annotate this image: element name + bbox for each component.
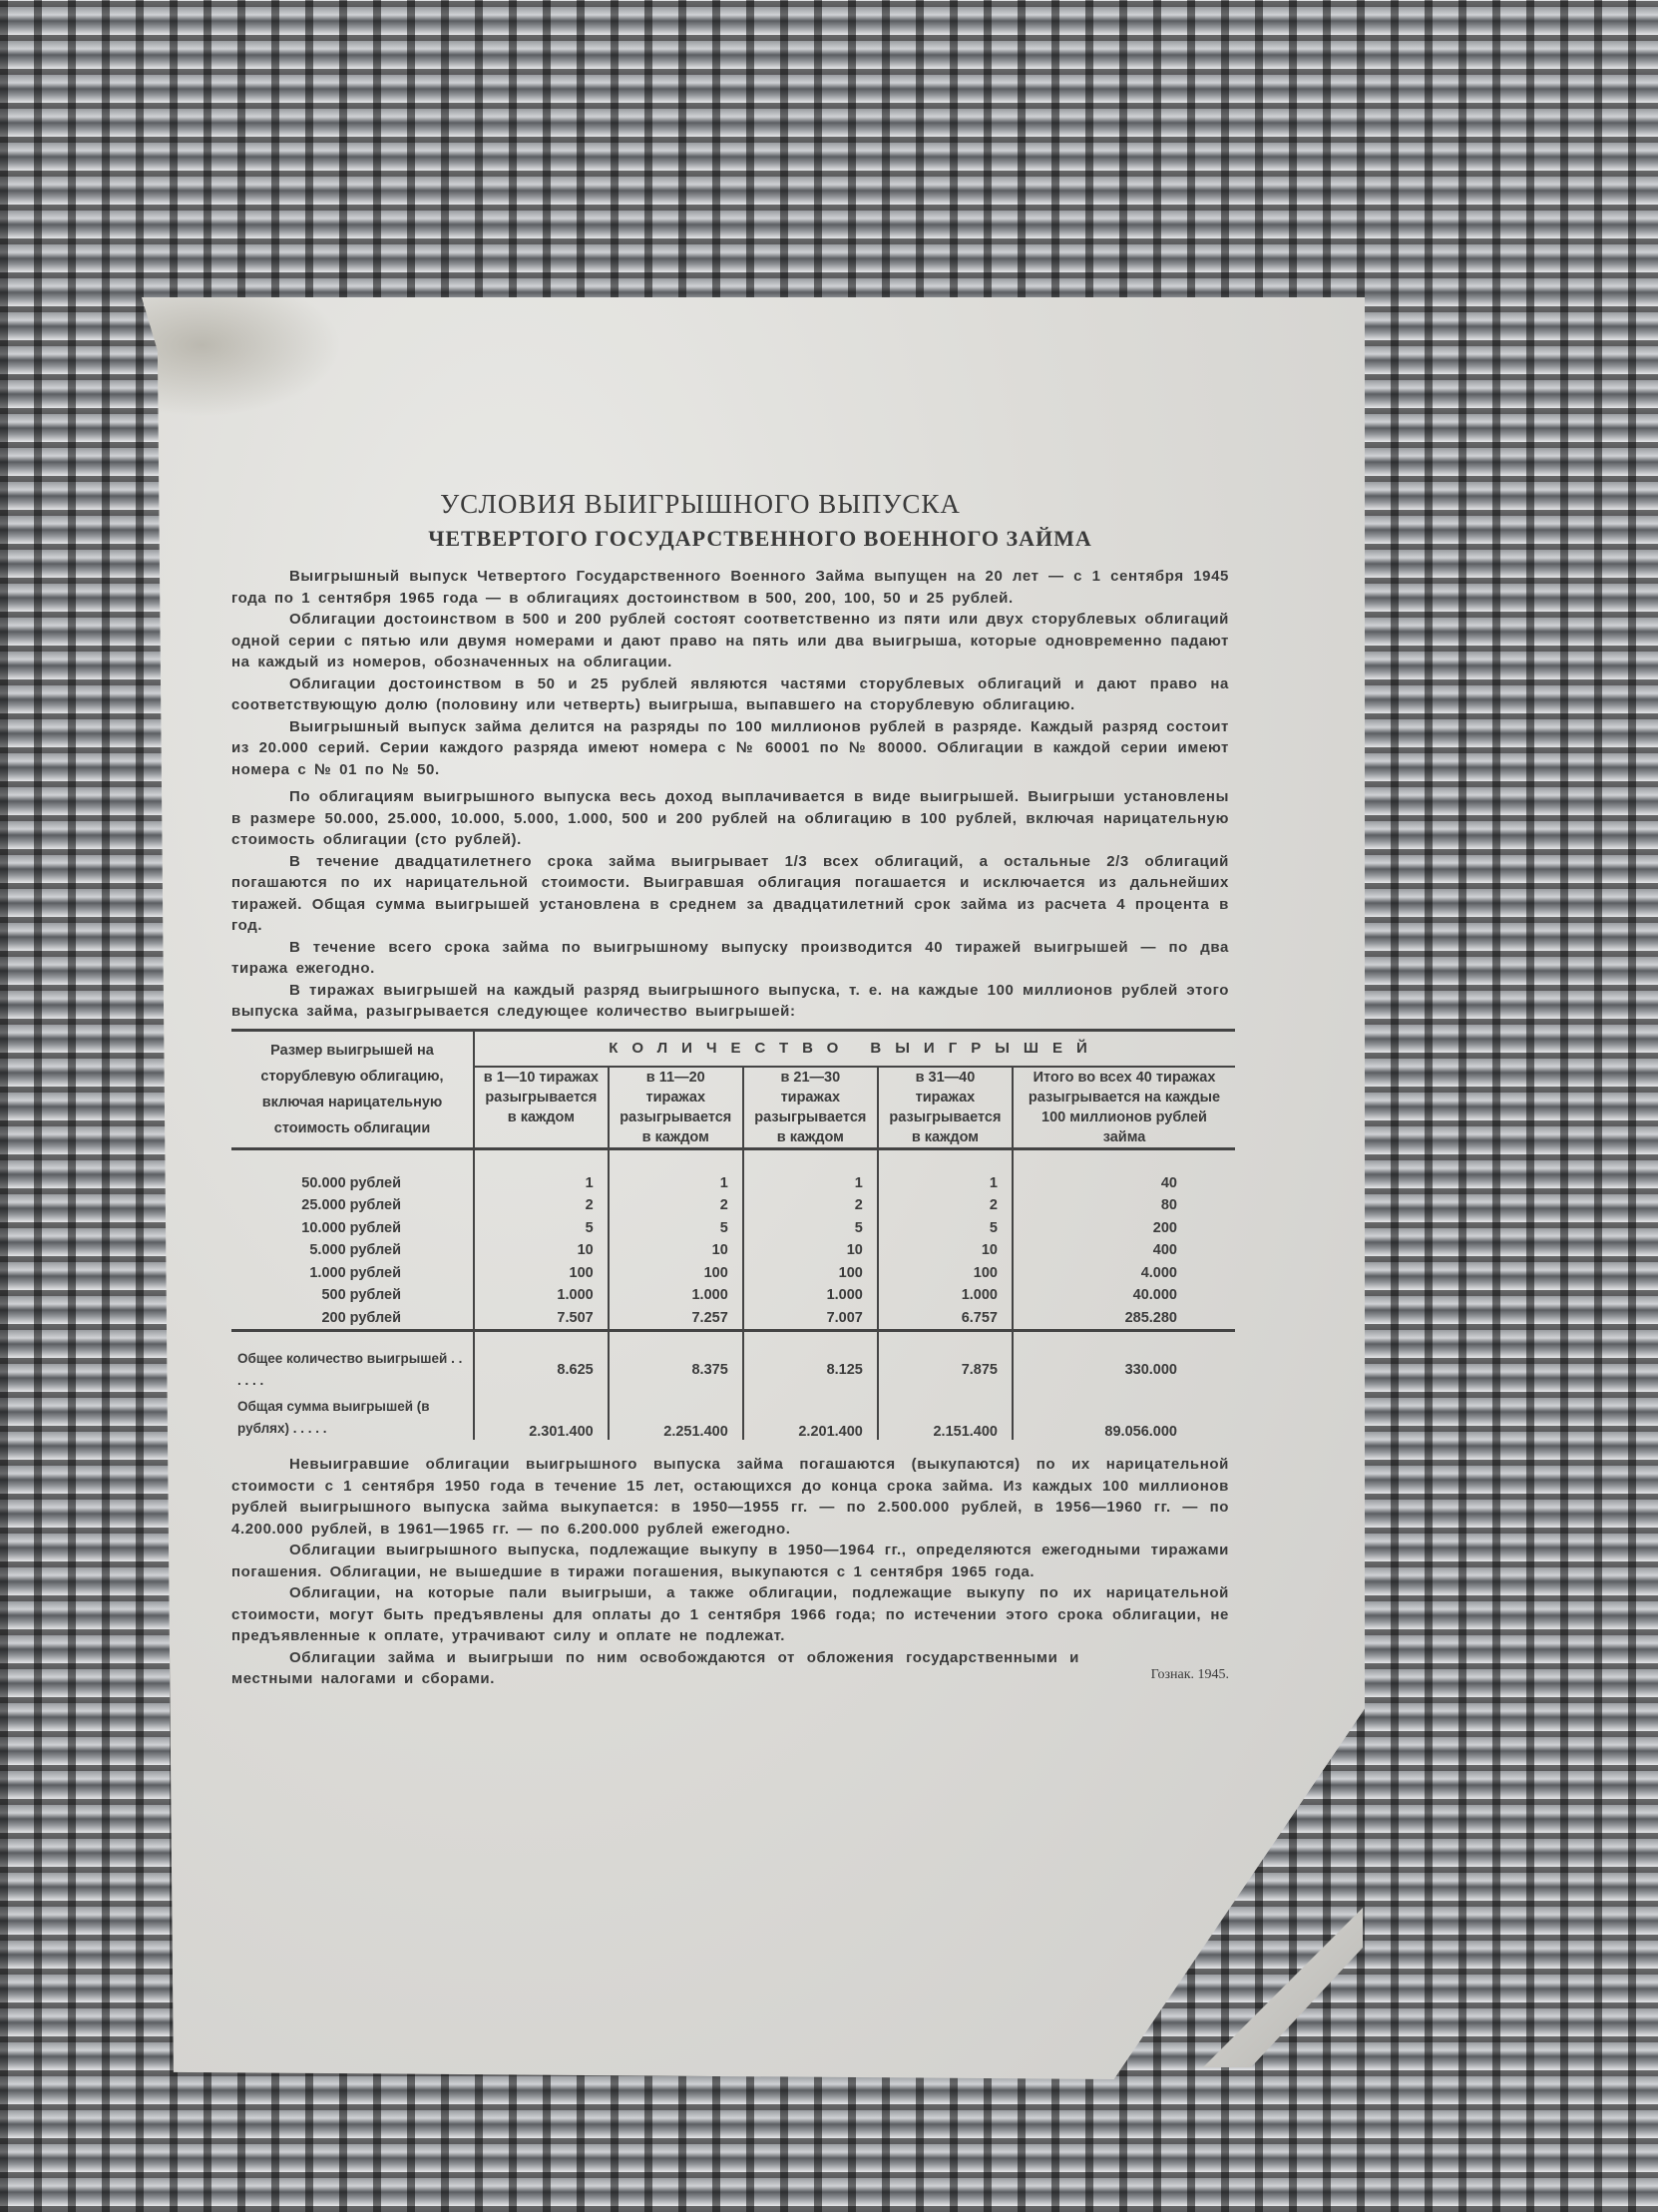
- prize-count-group-header: КОЛИЧЕСТВО ВЫИГРЫШЕЙ: [474, 1030, 1235, 1067]
- prize-count-cell: 2: [878, 1194, 1013, 1217]
- prize-count-cell: 40.000: [1013, 1284, 1235, 1307]
- prize-count-cell: 7.257: [609, 1307, 743, 1331]
- column-header: в 1—10 тиражах разыгрывается в каждом: [474, 1067, 609, 1149]
- table-row: 1.000 рублей1001001001004.000: [231, 1262, 1235, 1285]
- totals-row: Общая сумма выигрышей (в рублях) . . . .…: [231, 1392, 1235, 1440]
- paragraph: Выигрышный выпуск Четвертого Государстве…: [231, 566, 1229, 609]
- closing-paragraphs: Невыигравшие облигации выигрышного выпус…: [231, 1454, 1229, 1690]
- prize-count-cell: 5: [743, 1217, 878, 1240]
- column-header: в 11—20 тиражах разыгрывается в каждом: [609, 1067, 743, 1149]
- totals-row: Общее количество выигрышей . . . . . .8.…: [231, 1332, 1235, 1392]
- prize-amount: 25.000 рублей: [231, 1194, 474, 1217]
- prize-count-cell: 1: [878, 1150, 1013, 1195]
- prize-count-cell: 100: [609, 1262, 743, 1285]
- prize-count-cell: 1.000: [878, 1284, 1013, 1307]
- prize-amount: 500 рублей: [231, 1284, 474, 1307]
- table-row: 25.000 рублей222280: [231, 1194, 1235, 1217]
- prize-count-cell: 40: [1013, 1150, 1235, 1195]
- table-row: 50.000 рублей111140: [231, 1150, 1235, 1195]
- totals-cell: 7.875: [878, 1332, 1013, 1392]
- paragraph: Облигации, на которые пали выигрыши, а т…: [231, 1582, 1229, 1647]
- prize-count-cell: 10: [474, 1239, 609, 1262]
- prize-size-header: Размер выигрышей на сторублевую облигаци…: [231, 1030, 474, 1148]
- totals-label: Общее количество выигрышей . . . . . .: [231, 1332, 474, 1392]
- totals-cell: 8.125: [743, 1332, 878, 1392]
- prize-amount: 50.000 рублей: [231, 1150, 474, 1195]
- document-subtitle: ЧЕТВЕРТОГО ГОСУДАРСТВЕННОГО ВОЕННОГО ЗАЙ…: [381, 526, 1139, 552]
- prize-count-cell: 10: [609, 1239, 743, 1262]
- paragraph: В тиражах выигрышей на каждый разряд выи…: [231, 980, 1229, 1023]
- paragraph: Облигации займа и выигрыши по ним освобо…: [231, 1647, 1229, 1690]
- prize-count-cell: 1.000: [474, 1284, 609, 1307]
- prize-count-cell: 4.000: [1013, 1262, 1235, 1285]
- prize-count-cell: 6.757: [878, 1307, 1013, 1331]
- totals-cell: 89.056.000: [1013, 1392, 1235, 1440]
- prize-count-cell: 100: [474, 1262, 609, 1285]
- prize-count-cell: 285.280: [1013, 1307, 1235, 1331]
- prize-count-cell: 2: [743, 1194, 878, 1217]
- folded-corner: [1203, 1908, 1363, 2067]
- document-content: УСЛОВИЯ ВЫИГРЫШНОГО ВЫПУСКА ЧЕТВЕРТОГО Г…: [231, 489, 1229, 1690]
- column-header: в 31—40 тиражах разыгрывается в каждом: [878, 1067, 1013, 1149]
- prize-count-cell: 2: [609, 1194, 743, 1217]
- prize-count-cell: 5: [878, 1217, 1013, 1240]
- prize-count-cell: 10: [743, 1239, 878, 1262]
- prize-amount: 1.000 рублей: [231, 1262, 474, 1285]
- totals-cell: 2.151.400: [878, 1392, 1013, 1440]
- prize-count-cell: 1.000: [609, 1284, 743, 1307]
- totals-cell: 8.625: [474, 1332, 609, 1392]
- totals-cell: 8.375: [609, 1332, 743, 1392]
- total-rows: Общее количество выигрышей . . . . . .8.…: [231, 1332, 1235, 1440]
- prize-amount: 10.000 рублей: [231, 1217, 474, 1240]
- prize-count-cell: 100: [743, 1262, 878, 1285]
- totals-cell: 2.251.400: [609, 1392, 743, 1440]
- paragraph: В течение двадцатилетнего срока займа вы…: [231, 851, 1229, 937]
- prize-count-cell: 1: [474, 1150, 609, 1195]
- prize-count-cell: 5: [609, 1217, 743, 1240]
- prize-count-cell: 5: [474, 1217, 609, 1240]
- prize-count-cell: 400: [1013, 1239, 1235, 1262]
- totals-cell: 2.301.400: [474, 1392, 609, 1440]
- paragraph: Облигации достоинством в 500 и 200 рубле…: [231, 609, 1229, 673]
- column-header: в 21—30 тиражах разыгрывается в каждом: [743, 1067, 878, 1149]
- prize-count-cell: 7.007: [743, 1307, 878, 1331]
- document-title: УСЛОВИЯ ВЫИГРЫШНОГО ВЫПУСКА: [351, 489, 1049, 520]
- printer-imprint: Гознак. 1945.: [1151, 1667, 1229, 1683]
- prize-count-cell: 7.507: [474, 1307, 609, 1331]
- totals-cell: 330.000: [1013, 1332, 1235, 1392]
- paragraph: Облигации выигрышного выпуска, подлежащи…: [231, 1540, 1229, 1582]
- paragraph: Невыигравшие облигации выигрышного выпус…: [231, 1454, 1229, 1540]
- totals-label: Общая сумма выигрышей (в рублях) . . . .…: [231, 1392, 474, 1440]
- paragraph: Облигации достоинством в 50 и 25 рублей …: [231, 673, 1229, 716]
- prize-count-cell: 2: [474, 1194, 609, 1217]
- prize-count-cell: 1: [743, 1150, 878, 1195]
- table-row: 5.000 рублей10101010400: [231, 1239, 1235, 1262]
- prize-count-cell: 1.000: [743, 1284, 878, 1307]
- prize-count-cell: 200: [1013, 1217, 1235, 1240]
- prize-count-cell: 100: [878, 1262, 1013, 1285]
- prize-count-cell: 10: [878, 1239, 1013, 1262]
- paragraph: Выигрышный выпуск займа делится на разря…: [231, 716, 1229, 781]
- prize-count-cell: 80: [1013, 1194, 1235, 1217]
- prize-amount: 200 рублей: [231, 1307, 474, 1331]
- table-row: 200 рублей7.5077.2577.0076.757285.280: [231, 1307, 1235, 1331]
- table-row: 500 рублей1.0001.0001.0001.00040.000: [231, 1284, 1235, 1307]
- prize-table: Размер выигрышей на сторублевую облигаци…: [231, 1029, 1235, 1441]
- intro-paragraphs: Выигрышный выпуск Четвертого Государстве…: [231, 566, 1229, 1023]
- column-header-total: Итого во всех 40 тиражах разыгрывается н…: [1013, 1067, 1235, 1149]
- table-row: 10.000 рублей5555200: [231, 1217, 1235, 1240]
- totals-cell: 2.201.400: [743, 1392, 878, 1440]
- prize-amount: 5.000 рублей: [231, 1239, 474, 1262]
- paragraph: В течение всего срока займа по выигрышно…: [231, 937, 1229, 980]
- prize-count-cell: 1: [609, 1150, 743, 1195]
- paragraph: По облигациям выигрышного выпуска весь д…: [231, 786, 1229, 851]
- prize-rows: 50.000 рублей11114025.000 рублей22228010…: [231, 1150, 1235, 1331]
